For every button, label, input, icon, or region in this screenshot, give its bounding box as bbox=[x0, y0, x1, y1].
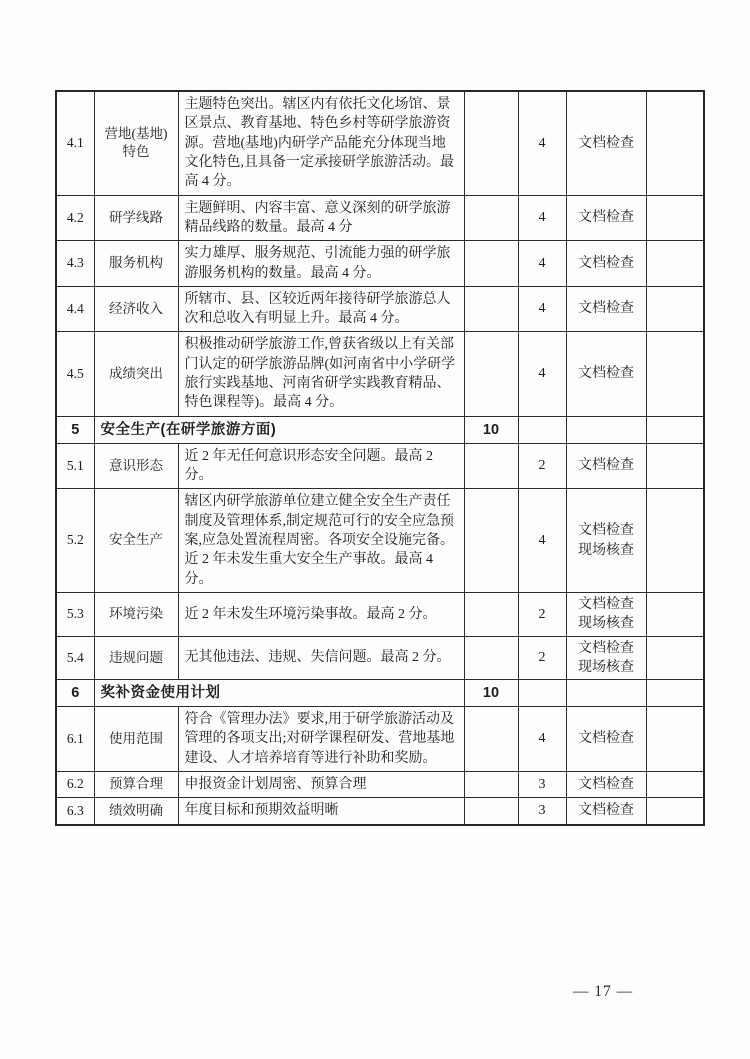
score-fill-cell bbox=[646, 332, 704, 416]
section-row: 6奖补资金使用计划10 bbox=[56, 680, 704, 707]
page-number: — 17 — bbox=[553, 983, 653, 1001]
table-row: 6.2预算合理申报资金计划周密、预算合理3文档检查 bbox=[56, 772, 704, 798]
table-row: 5.1意识形态近 2 年无任何意识形态安全问题。最高 2 分。2文档检查 bbox=[56, 443, 704, 489]
section-score-cell bbox=[464, 772, 518, 798]
section-number-cell: 6 bbox=[56, 680, 94, 707]
row-number-cell: 4.1 bbox=[56, 91, 94, 195]
section-number-cell: 5 bbox=[56, 416, 94, 443]
section-score-cell bbox=[464, 443, 518, 489]
check-method-cell: 文档检查 bbox=[566, 772, 646, 798]
item-desc-cell: 实力雄厚、服务规范、引流能力强的研学旅游服务机构的数量。最高 4 分。 bbox=[178, 241, 464, 287]
check-method-cell bbox=[566, 416, 646, 443]
score-fill-cell bbox=[646, 416, 704, 443]
max-score-cell: 2 bbox=[518, 443, 566, 489]
item-desc-cell: 近 2 年无任何意识形态安全问题。最高 2 分。 bbox=[178, 443, 464, 489]
score-fill-cell bbox=[646, 636, 704, 680]
section-score-cell bbox=[464, 798, 518, 825]
evaluation-scoring-table: 4.1营地(基地) 特色主题特色突出。辖区内有依托文化场馆、景区景点、教育基地、… bbox=[55, 90, 705, 826]
item-name-cell: 绩效明确 bbox=[94, 798, 178, 825]
max-score-cell: 4 bbox=[518, 332, 566, 416]
max-score-cell: 2 bbox=[518, 636, 566, 680]
item-desc-cell: 主题鲜明、内容丰富、意义深刻的研学旅游精品线路的数量。最高 4 分 bbox=[178, 195, 464, 241]
check-method-cell: 文档检查 bbox=[566, 286, 646, 332]
item-name-cell: 预算合理 bbox=[94, 772, 178, 798]
row-number-cell: 5.2 bbox=[56, 489, 94, 593]
score-fill-cell bbox=[646, 443, 704, 489]
table-row: 4.2研学线路主题鲜明、内容丰富、意义深刻的研学旅游精品线路的数量。最高 4 分… bbox=[56, 195, 704, 241]
row-number-cell: 5.3 bbox=[56, 592, 94, 636]
item-name-cell: 研学线路 bbox=[94, 195, 178, 241]
max-score-cell bbox=[518, 416, 566, 443]
section-score-cell bbox=[464, 489, 518, 593]
item-desc-cell: 所辖市、县、区较近两年接待研学旅游总人次和总收入有明显上升。最高 4 分。 bbox=[178, 286, 464, 332]
check-method-cell: 文档检查 现场核查 bbox=[566, 592, 646, 636]
item-desc-cell: 符合《管理办法》要求,用于研学旅游活动及管理的各项支出;对研学课程研发、营地基地… bbox=[178, 707, 464, 772]
item-name-cell: 安全生产 bbox=[94, 489, 178, 593]
check-method-cell: 文档检查 bbox=[566, 195, 646, 241]
section-score-cell bbox=[464, 707, 518, 772]
score-fill-cell bbox=[646, 489, 704, 593]
item-name-cell: 服务机构 bbox=[94, 241, 178, 287]
max-score-cell: 4 bbox=[518, 286, 566, 332]
score-fill-cell bbox=[646, 680, 704, 707]
table-row: 4.5成绩突出积极推动研学旅游工作,曾获省级以上有关部门认定的研学旅游品牌(如河… bbox=[56, 332, 704, 416]
table-row: 6.3绩效明确年度目标和预期效益明晰3文档检查 bbox=[56, 798, 704, 825]
table-row: 4.3服务机构实力雄厚、服务规范、引流能力强的研学旅游服务机构的数量。最高 4 … bbox=[56, 241, 704, 287]
table-row: 5.2安全生产辖区内研学旅游单位建立健全安全生产责任制度及管理体系,制定规范可行… bbox=[56, 489, 704, 593]
row-number-cell: 5.4 bbox=[56, 636, 94, 680]
max-score-cell: 3 bbox=[518, 798, 566, 825]
max-score-cell: 4 bbox=[518, 489, 566, 593]
row-number-cell: 6.2 bbox=[56, 772, 94, 798]
table-row: 4.4经济收入所辖市、县、区较近两年接待研学旅游总人次和总收入有明显上升。最高 … bbox=[56, 286, 704, 332]
item-desc-cell: 辖区内研学旅游单位建立健全安全生产责任制度及管理体系,制定规范可行的安全应急预案… bbox=[178, 489, 464, 593]
item-name-cell: 经济收入 bbox=[94, 286, 178, 332]
score-fill-cell bbox=[646, 707, 704, 772]
item-name-cell: 使用范围 bbox=[94, 707, 178, 772]
section-score-cell bbox=[464, 636, 518, 680]
item-name-cell: 违规问题 bbox=[94, 636, 178, 680]
item-name-cell: 成绩突出 bbox=[94, 332, 178, 416]
max-score-cell: 3 bbox=[518, 772, 566, 798]
item-desc-cell: 无其他违法、违规、失信问题。最高 2 分。 bbox=[178, 636, 464, 680]
check-method-cell: 文档检查 现场核查 bbox=[566, 489, 646, 593]
section-score-cell bbox=[464, 241, 518, 287]
item-desc-cell: 积极推动研学旅游工作,曾获省级以上有关部门认定的研学旅游品牌(如河南省中小学研学… bbox=[178, 332, 464, 416]
check-method-cell: 文档检查 bbox=[566, 443, 646, 489]
section-score-cell: 10 bbox=[464, 416, 518, 443]
section-title-cell: 安全生产(在研学旅游方面) bbox=[94, 416, 464, 443]
score-fill-cell bbox=[646, 195, 704, 241]
score-fill-cell bbox=[646, 592, 704, 636]
table-row: 4.1营地(基地) 特色主题特色突出。辖区内有依托文化场馆、景区景点、教育基地、… bbox=[56, 91, 704, 195]
score-fill-cell bbox=[646, 91, 704, 195]
section-row: 5安全生产(在研学旅游方面)10 bbox=[56, 416, 704, 443]
max-score-cell: 4 bbox=[518, 195, 566, 241]
section-score-cell bbox=[464, 91, 518, 195]
score-fill-cell bbox=[646, 241, 704, 287]
row-number-cell: 4.3 bbox=[56, 241, 94, 287]
max-score-cell bbox=[518, 680, 566, 707]
score-fill-cell bbox=[646, 798, 704, 825]
table-row: 6.1使用范围符合《管理办法》要求,用于研学旅游活动及管理的各项支出;对研学课程… bbox=[56, 707, 704, 772]
check-method-cell: 文档检查 现场核查 bbox=[566, 636, 646, 680]
item-name-cell: 意识形态 bbox=[94, 443, 178, 489]
section-score-cell: 10 bbox=[464, 680, 518, 707]
item-name-cell: 营地(基地) 特色 bbox=[94, 91, 178, 195]
max-score-cell: 2 bbox=[518, 592, 566, 636]
check-method-cell: 文档检查 bbox=[566, 241, 646, 287]
score-fill-cell bbox=[646, 772, 704, 798]
section-score-cell bbox=[464, 286, 518, 332]
row-number-cell: 4.5 bbox=[56, 332, 94, 416]
section-title-cell: 奖补资金使用计划 bbox=[94, 680, 464, 707]
check-method-cell: 文档检查 bbox=[566, 332, 646, 416]
table-row: 5.3环境污染近 2 年未发生环境污染事故。最高 2 分。2文档检查 现场核查 bbox=[56, 592, 704, 636]
row-number-cell: 4.2 bbox=[56, 195, 94, 241]
check-method-cell: 文档检查 bbox=[566, 91, 646, 195]
item-desc-cell: 主题特色突出。辖区内有依托文化场馆、景区景点、教育基地、特色乡村等研学旅游资源。… bbox=[178, 91, 464, 195]
document-page: 4.1营地(基地) 特色主题特色突出。辖区内有依托文化场馆、景区景点、教育基地、… bbox=[0, 0, 750, 1059]
item-desc-cell: 近 2 年未发生环境污染事故。最高 2 分。 bbox=[178, 592, 464, 636]
check-method-cell bbox=[566, 680, 646, 707]
score-fill-cell bbox=[646, 286, 704, 332]
max-score-cell: 4 bbox=[518, 707, 566, 772]
section-score-cell bbox=[464, 195, 518, 241]
item-name-cell: 环境污染 bbox=[94, 592, 178, 636]
row-number-cell: 4.4 bbox=[56, 286, 94, 332]
max-score-cell: 4 bbox=[518, 241, 566, 287]
row-number-cell: 5.1 bbox=[56, 443, 94, 489]
item-desc-cell: 申报资金计划周密、预算合理 bbox=[178, 772, 464, 798]
check-method-cell: 文档检查 bbox=[566, 798, 646, 825]
row-number-cell: 6.1 bbox=[56, 707, 94, 772]
section-score-cell bbox=[464, 332, 518, 416]
table-row: 5.4违规问题无其他违法、违规、失信问题。最高 2 分。2文档检查 现场核查 bbox=[56, 636, 704, 680]
check-method-cell: 文档检查 bbox=[566, 707, 646, 772]
item-desc-cell: 年度目标和预期效益明晰 bbox=[178, 798, 464, 825]
max-score-cell: 4 bbox=[518, 91, 566, 195]
row-number-cell: 6.3 bbox=[56, 798, 94, 825]
section-score-cell bbox=[464, 592, 518, 636]
